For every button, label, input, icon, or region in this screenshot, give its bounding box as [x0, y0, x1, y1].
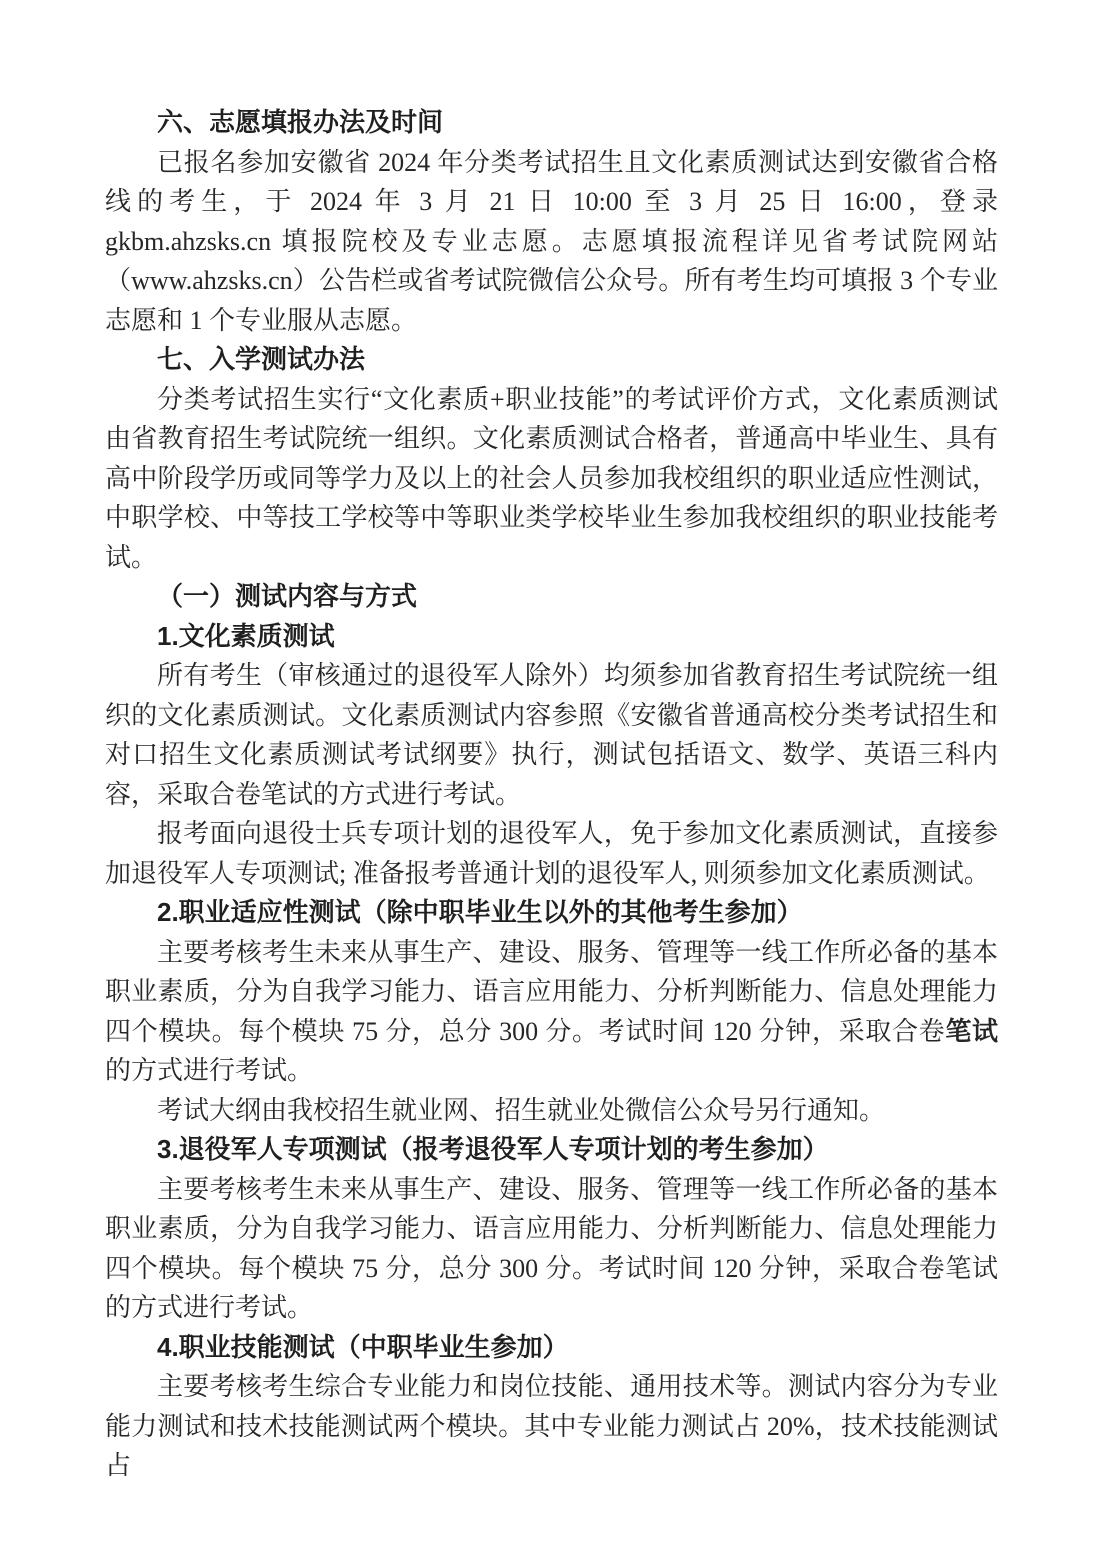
- text-run: 主要考核考生未来从事生产、建设、服务、管理等一线工作所必备的基本职业素质，分为自…: [105, 938, 998, 1046]
- section-heading: （一）测试内容与方式: [105, 577, 998, 617]
- section-heading: 4.职业技能测试（中职毕业生参加）: [105, 1328, 998, 1368]
- section-heading: 1.文化素质测试: [105, 617, 998, 657]
- text-run: 已报名参加安徽省 2024 年分类考试招生且文化素质测试达到安徽省合格线的考生，…: [105, 148, 998, 335]
- paragraph: 报考面向退役士兵专项计划的退役军人，免于参加文化素质测试，直接参加退役军人专项测…: [105, 814, 998, 893]
- paragraph: 所有考生（审核通过的退役军人除外）均须参加省教育招生考试院统一组织的文化素质测试…: [105, 656, 998, 814]
- section-heading: 六、志愿填报办法及时间: [105, 103, 998, 143]
- paragraph: 分类考试招生实行“文化素质+职业技能”的考试评价方式，文化素质测试由省教育招生考…: [105, 380, 998, 578]
- text-run: 主要考核考生综合专业能力和岗位技能、通用技术等。测试内容分为专业能力测试和技术技…: [105, 1372, 998, 1480]
- text-run: 的方式进行考试。: [105, 1056, 313, 1085]
- paragraph: 考试大纲由我校招生就业网、招生就业处微信公众号另行通知。: [105, 1091, 998, 1131]
- section-heading: 七、入学测试办法: [105, 340, 998, 380]
- document-body: 六、志愿填报办法及时间已报名参加安徽省 2024 年分类考试招生且文化素质测试达…: [105, 103, 998, 1486]
- paragraph: 主要考核考生综合专业能力和岗位技能、通用技术等。测试内容分为专业能力测试和技术技…: [105, 1367, 998, 1486]
- paragraph: 已报名参加安徽省 2024 年分类考试招生且文化素质测试达到安徽省合格线的考生，…: [105, 143, 998, 341]
- paragraph: 主要考核考生未来从事生产、建设、服务、管理等一线工作所必备的基本职业素质，分为自…: [105, 933, 998, 1091]
- section-heading: 2.职业适应性测试（除中职毕业生以外的其他考生参加）: [105, 893, 998, 933]
- text-run: 主要考核考生未来从事生产、建设、服务、管理等一线工作所必备的基本职业素质，分为自…: [105, 1175, 998, 1323]
- text-run: 所有考生（审核通过的退役军人除外）均须参加省教育招生考试院统一组织的文化素质测试…: [105, 661, 998, 809]
- paragraph: 主要考核考生未来从事生产、建设、服务、管理等一线工作所必备的基本职业素质，分为自…: [105, 1170, 998, 1328]
- text-run: 考试大纲由我校招生就业网、招生就业处微信公众号另行通知。: [157, 1096, 885, 1125]
- section-heading: 3.退役军人专项测试（报考退役军人专项计划的考生参加）: [105, 1130, 998, 1170]
- text-run: 报考面向退役士兵专项计划的退役军人，免于参加文化素质测试，直接参加退役军人专项测…: [105, 819, 998, 888]
- document-page: { "page": { "background": "#ffffff", "te…: [0, 0, 1102, 1559]
- bold-text-run: 笔试: [945, 1017, 998, 1046]
- text-run: 分类考试招生实行“文化素质+职业技能”的考试评价方式，文化素质测试由省教育招生考…: [105, 385, 998, 572]
